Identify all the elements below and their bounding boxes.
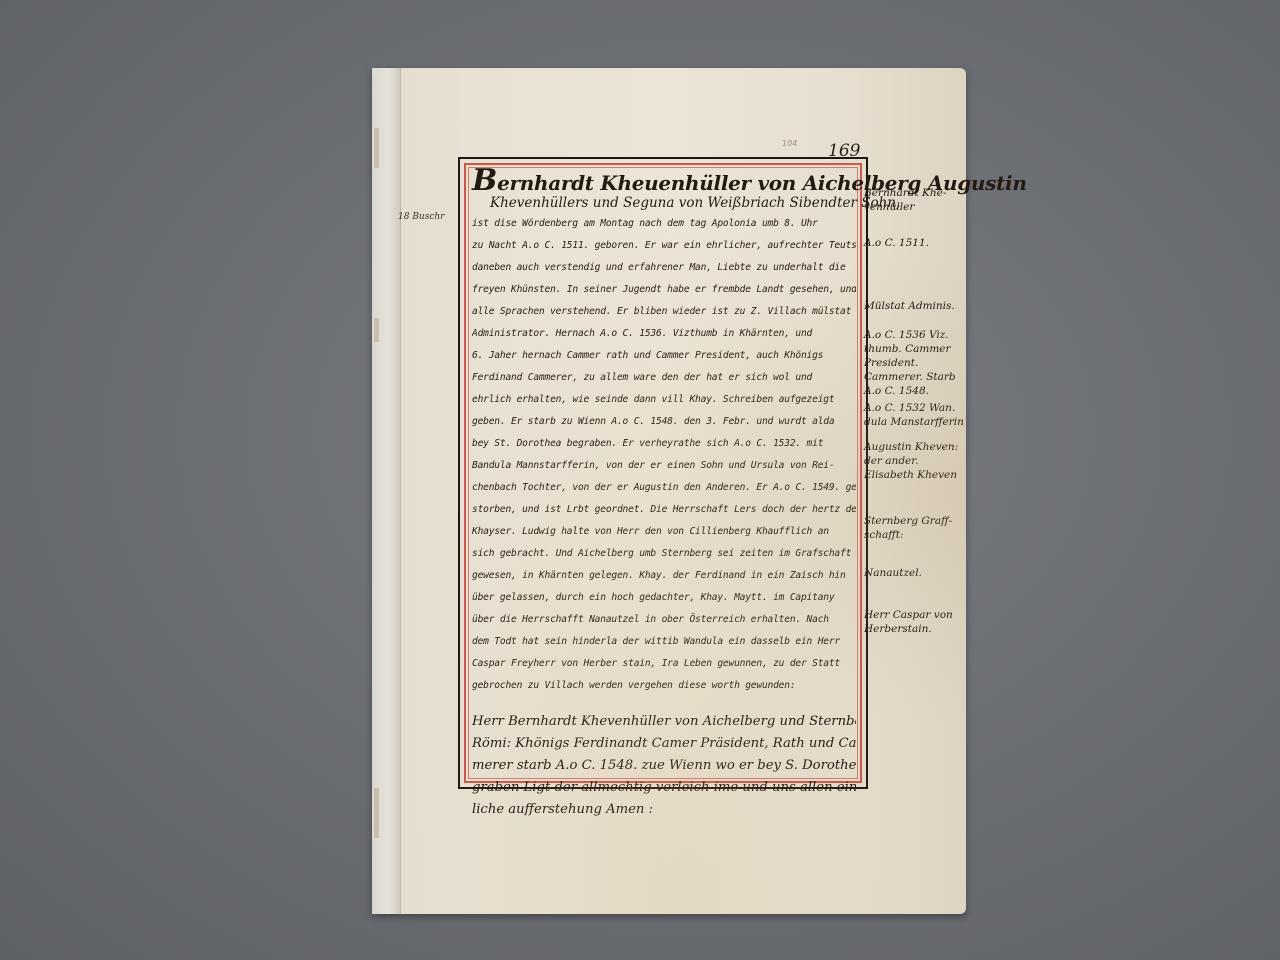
margin-note-administrator: Mülstat Adminis. [864, 299, 964, 313]
epitaph-text: Herr Bernhardt Khevenhüller von Aichelbe… [472, 711, 856, 821]
body-line: bey St. Dorothea begraben. Er verheyrath… [472, 433, 856, 455]
body-line: Ferdinand Cammerer, zu allem ware den de… [472, 367, 856, 389]
body-line: gewesen, in Khärnten gelegen. Khay. der … [472, 565, 856, 587]
body-line: freyen Khünsten. In seiner Jugendt habe … [472, 279, 856, 301]
epitaph-line: graben Ligt der allmechtig verleich ime … [472, 777, 856, 799]
body-line: Administrator. Hernach A.o C. 1536. Vizt… [472, 323, 856, 345]
body-line: geben. Er starb zu Wienn A.o C. 1548. de… [472, 411, 856, 433]
body-line: chenbach Tochter, von der er Augustin de… [472, 477, 856, 499]
body-text: ist dise Wördenberg am Montag nach dem t… [472, 213, 856, 697]
epitaph-line: Herr Bernhardt Khevenhüller von Aichelbe… [472, 711, 856, 733]
margin-note-birth: A.o C. 1511. [864, 236, 964, 250]
body-line: zu Nacht A.o C. 1511. geboren. Er war ei… [472, 235, 856, 257]
ruled-frame: Bernhardt Kheuenhüller von Aichelberg Au… [458, 157, 868, 789]
margin-note-name: Bernhardt Khe- venhüller [864, 186, 964, 214]
body-line: ehrlich erhalten, wie seinde dann vill K… [472, 389, 856, 411]
body-line: 6. Jaher hernach Cammer rath und Cammer … [472, 345, 856, 367]
margin-note-offices: A.o C. 1536 Viz. thumb. Cammer President… [864, 328, 964, 398]
left-margin-note: 18 Buschr [398, 212, 444, 222]
body-line: dem Todt hat sein hinderla der wittib Wa… [472, 631, 856, 653]
margin-note-marriage: A.o C. 1532 Wan. dula Manstarfferin [864, 401, 964, 429]
body-line: Caspar Freyherr von Herber stain, Ira Le… [472, 653, 856, 675]
margin-note-children: Augustin Kheven: der ander. Elisabeth Kh… [864, 440, 964, 482]
body-line: Khayser. Ludwig halte von Herr den von C… [472, 521, 856, 543]
body-line: über gelassen, durch ein hoch gedachter,… [472, 587, 856, 609]
body-line: über die Herrschafft Nanautzel in ober Ö… [472, 609, 856, 631]
binding-tear [374, 788, 379, 838]
body-line: alle Sprachen verstehend. Er bliben wied… [472, 301, 856, 323]
body-line: sich gebracht. Und Aichelberg umb Sternb… [472, 543, 856, 565]
heading-subtitle: Khevenhüllers und Seguna von Weißbriach … [490, 195, 856, 211]
margin-note-sternberg: Sternberg Graff- schafft: [864, 514, 964, 542]
binding-strip [372, 68, 401, 914]
binding-tear [374, 128, 379, 168]
body-line: gebrochen zu Villach werden vergehen die… [472, 675, 856, 697]
margin-note-nanautzel: Nanautzel. [864, 566, 964, 580]
body-line: ist dise Wördenberg am Montag nach dem t… [472, 213, 856, 235]
epitaph-line: merer starb A.o C. 1548. zue Wienn wo er… [472, 755, 856, 777]
margin-note-herberstain: Herr Caspar von Herberstain. [864, 608, 964, 636]
pencil-annotation: 104 [782, 139, 797, 148]
body-line: Bandula Mannstarfferin, von der er einen… [472, 455, 856, 477]
decorated-initial: B [472, 163, 497, 198]
main-text-block: Bernhardt Kheuenhüller von Aichelberg Au… [472, 169, 856, 777]
epitaph-line: Römi: Khönigs Ferdinandt Camer Präsident… [472, 733, 856, 755]
binding-tear [374, 318, 379, 342]
paragraph-gap [472, 697, 856, 711]
body-line: daneben auch verstendig und erfahrener M… [472, 257, 856, 279]
epitaph-line: liche aufferstehung Amen : [472, 799, 856, 821]
body-line: storben, und ist Lrbt geordnet. Die Herr… [472, 499, 856, 521]
manuscript-sheet: 18 Buschr 169 104 Bernhardt Kheuenhüller… [372, 68, 966, 914]
entry-heading: Bernhardt Kheuenhüller von Aichelberg Au… [472, 169, 856, 195]
